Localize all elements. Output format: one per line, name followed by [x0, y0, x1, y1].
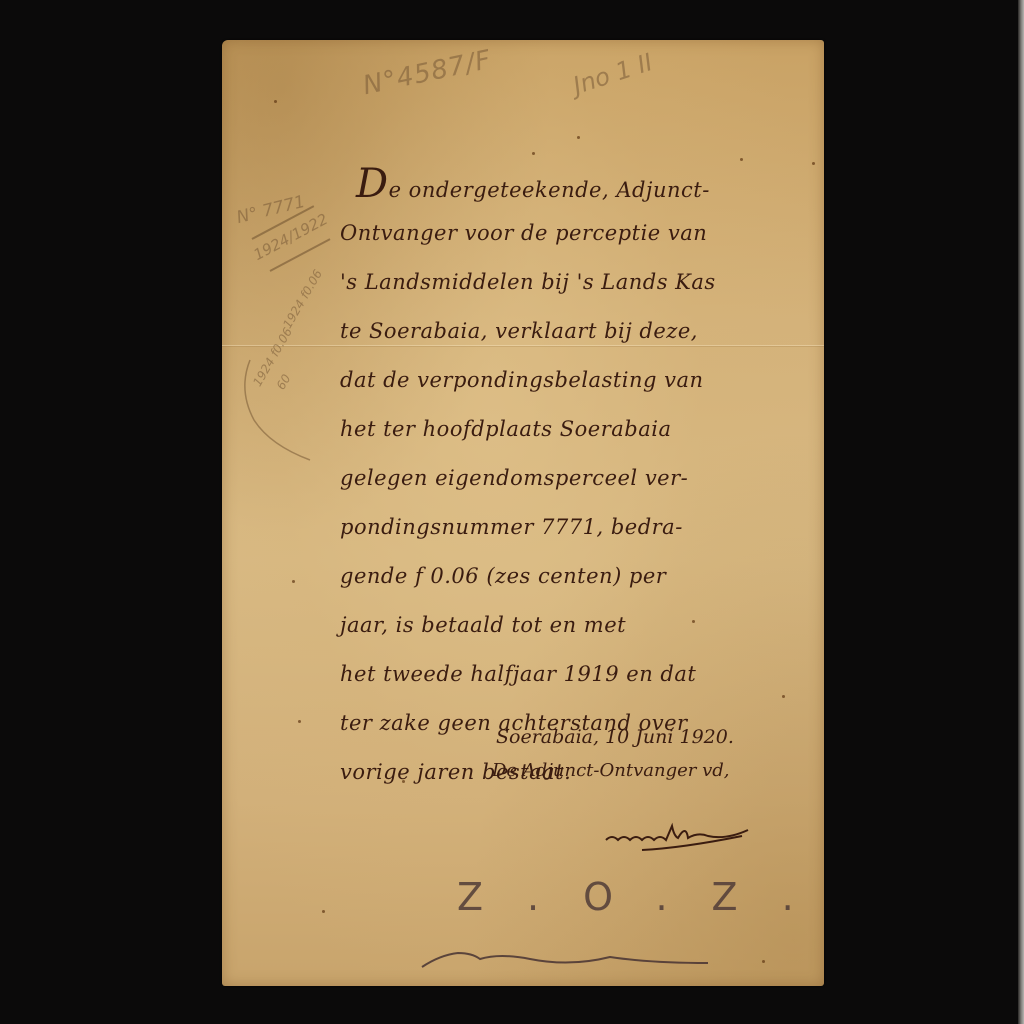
- paper-speck: [274, 100, 277, 103]
- body-line: het ter hoofdplaats Soerabaia: [340, 405, 820, 454]
- pencil-reference-number: N°4587/F: [360, 45, 494, 101]
- signature-icon: [602, 810, 782, 860]
- body-line: 's Landsmiddelen bij 's Lands Kas: [340, 258, 820, 307]
- body-line: pondingsnummer 7771, bedra-: [340, 503, 820, 552]
- margin-pencil-notes: N° 7771 1924/1922 1924 f0.06 1924 f0.06 …: [230, 200, 340, 460]
- signatory-role: De Adjunct-Ontvanger vd,: [492, 754, 822, 788]
- pencil-reference-mark: Jno 1 II: [570, 48, 656, 100]
- paper-speck: [577, 136, 580, 139]
- paper-speck: [298, 720, 301, 723]
- margin-note-amount: 1924 f0.06: [280, 267, 325, 331]
- paper-speck: [292, 580, 295, 583]
- paper-speck: [532, 152, 535, 155]
- adjacent-object-edge: [1018, 0, 1024, 1024]
- turn-over-mark: Z.O.Z.: [457, 875, 637, 919]
- closing-block: Soerabaia, 10 Juni 1920. De Adjunct-Ontv…: [492, 720, 822, 788]
- body-line: het tweede halfjaar 1919 en dat: [340, 650, 820, 699]
- paper-speck: [322, 910, 325, 913]
- body-line: gende f 0.06 (zes centen) per: [340, 552, 820, 601]
- letter-body: De ondergeteekende, Adjunct- Ontvanger v…: [340, 160, 820, 797]
- body-line: jaar, is betaald tot en met: [340, 601, 820, 650]
- place-and-date: Soerabaia, 10 Juni 1920.: [492, 720, 822, 754]
- body-line: De ondergeteekende, Adjunct-: [340, 160, 820, 209]
- body-line: te Soerabaia, verklaart bij deze,: [340, 307, 820, 356]
- paper-speck: [762, 960, 765, 963]
- body-line: dat de verpondingsbelasting van: [340, 356, 820, 405]
- body-line: Ontvanger voor de perceptie van: [340, 209, 820, 258]
- pencil-bracket-stroke: [230, 350, 340, 470]
- wavy-underline-icon: [420, 945, 710, 975]
- body-line: gelegen eigendomsperceel ver-: [340, 454, 820, 503]
- document-sheet: N°4587/F Jno 1 II N° 7771 1924/1922 1924…: [222, 40, 824, 986]
